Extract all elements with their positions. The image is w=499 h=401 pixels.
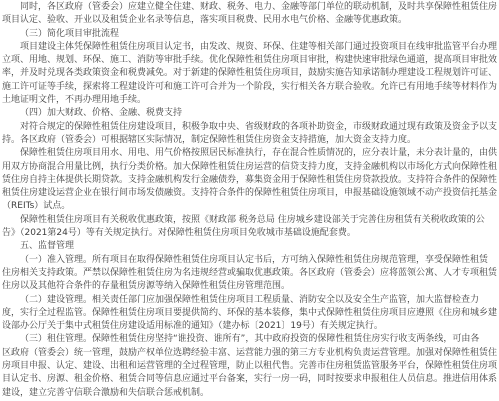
text-line: （四）加大财政、价格、金融、税费支持 [2, 107, 497, 120]
text-line: 持。各区政府（管委会）可根据辖区实际情况，制定保障性租赁住房资金支持措施，加大资… [2, 134, 497, 147]
text-line: 立项、用地、规划、环保、施工、消防等审批手续。优化保障性租赁住房项目审批，构建快… [2, 54, 497, 67]
text-line: 保障性租赁住房项目用水、用电、用气价格按照居民标准执行，存在混合性质情况的，应分… [2, 147, 497, 160]
text-line: （三）租住管理。保障性租赁住房坚持“谁投资、谁所有”，其中政府投资的保障性租赁住… [2, 333, 497, 346]
text-line: 设部办公厅关于集中式租赁住房建设适用标准的通知》（建办标〔2021〕19号）有关… [2, 320, 497, 333]
text-line: 保障性租赁住房项目有关税收优惠政策，按照《财政部 税务总局 住房城乡建设部关于完… [2, 214, 497, 227]
text-line: 用双方协商混合用量比例，执行分类价格。加大保障性租赁住房运营的信贷支持力度，支持… [2, 161, 497, 174]
text-line: （二）建设管理。相关责任部门应加强保障性租赁住房项目工程质量、消防安全以及安全生… [2, 294, 497, 307]
text-line: 项目认定、验收、开业以及租赁企业名录等信息，落实项目税费、民用水电气价格、金融等… [2, 14, 497, 27]
text-line: 告》（2021第24号）等有关规定执行。对保障性租赁住房项目免收城市基础设施配套… [2, 227, 497, 240]
text-line: 对符合规定的保障性租赁住房建设项目，积极争取中央、省级财政的各项补助资金，市级财… [2, 121, 497, 134]
text-line: 区政府（管委会）统一管理，鼓励产权单位选聘经验丰富、运营能力强的第三方专业机构负… [2, 347, 497, 360]
text-line: 租赁住房建设运营企业在银行间市场发债融资。支持符合条件的保障性租赁住房项目，申报… [2, 187, 497, 200]
text-line: 同时，各区政府（管委会）应建立健全住建、财政、税务、电力、金融等部门单位的联动机… [2, 1, 497, 14]
text-line: 住房相关支持政策。严禁以保障性租赁住房为名违规经营或骗取优惠政策。各区政府（管委… [2, 267, 497, 280]
policy-document: 同时，各区政府（管委会）应建立健全住建、财政、税务、电力、金融等部门单位的联动机… [0, 0, 499, 401]
text-line: （一）准入管理。所有项目在取得保障性租赁住房项目认定书后，方可纳入保障性租赁住房… [2, 254, 497, 267]
text-line: （REITs）试点。 [2, 200, 497, 213]
text-line: 施工许可证等手续，探索将工程建设许可和施工许可合并为一个阶段，实行相关各方联合验… [2, 81, 497, 94]
text-line: 度，实行全过程监管。保障性租赁住房项目要提供简约、环保的基本装修，集中式保障性租… [2, 307, 497, 320]
text-line: 土地证明文件，不再办理用地手续。 [2, 94, 497, 107]
text-line: 住房以及其他符合条件的存量租赁房源等纳入保障性租赁住房管理范围。 [2, 280, 497, 293]
text-line: 项目建设主体凭保障性租赁住房项目认定书，由发改、规资、环保、住建等相关部门通过投… [2, 41, 497, 54]
text-line: 房项目申报、认定、建设、出租和运营管理的全过程管理，防止以租代售。完善市住房租赁… [2, 360, 497, 373]
text-line: 率，并及时兑现各类政策资金和税费减免。对于新建的保障性租赁住房项目，鼓励实施告知… [2, 67, 497, 80]
text-line: 建设，建立完善守信联合激励和失信联合惩戒机制。 [2, 387, 497, 400]
text-line: （三）简化项目审批流程 [2, 28, 497, 41]
document-lines: 同时，各区政府（管委会）应建立健全住建、财政、税务、电力、金融等部门单位的联动机… [2, 1, 497, 400]
text-line: 赁住房自持主体提供长期贷款。支持金融机构发行金融债券，募集资金用于保障性租赁住房… [2, 174, 497, 187]
text-line: 五、监督管理 [2, 240, 497, 253]
text-line: 目认定书、房源、租金价格、租赁合同等信息应通过平台备案，实行一房一码，同时按要求… [2, 373, 497, 386]
